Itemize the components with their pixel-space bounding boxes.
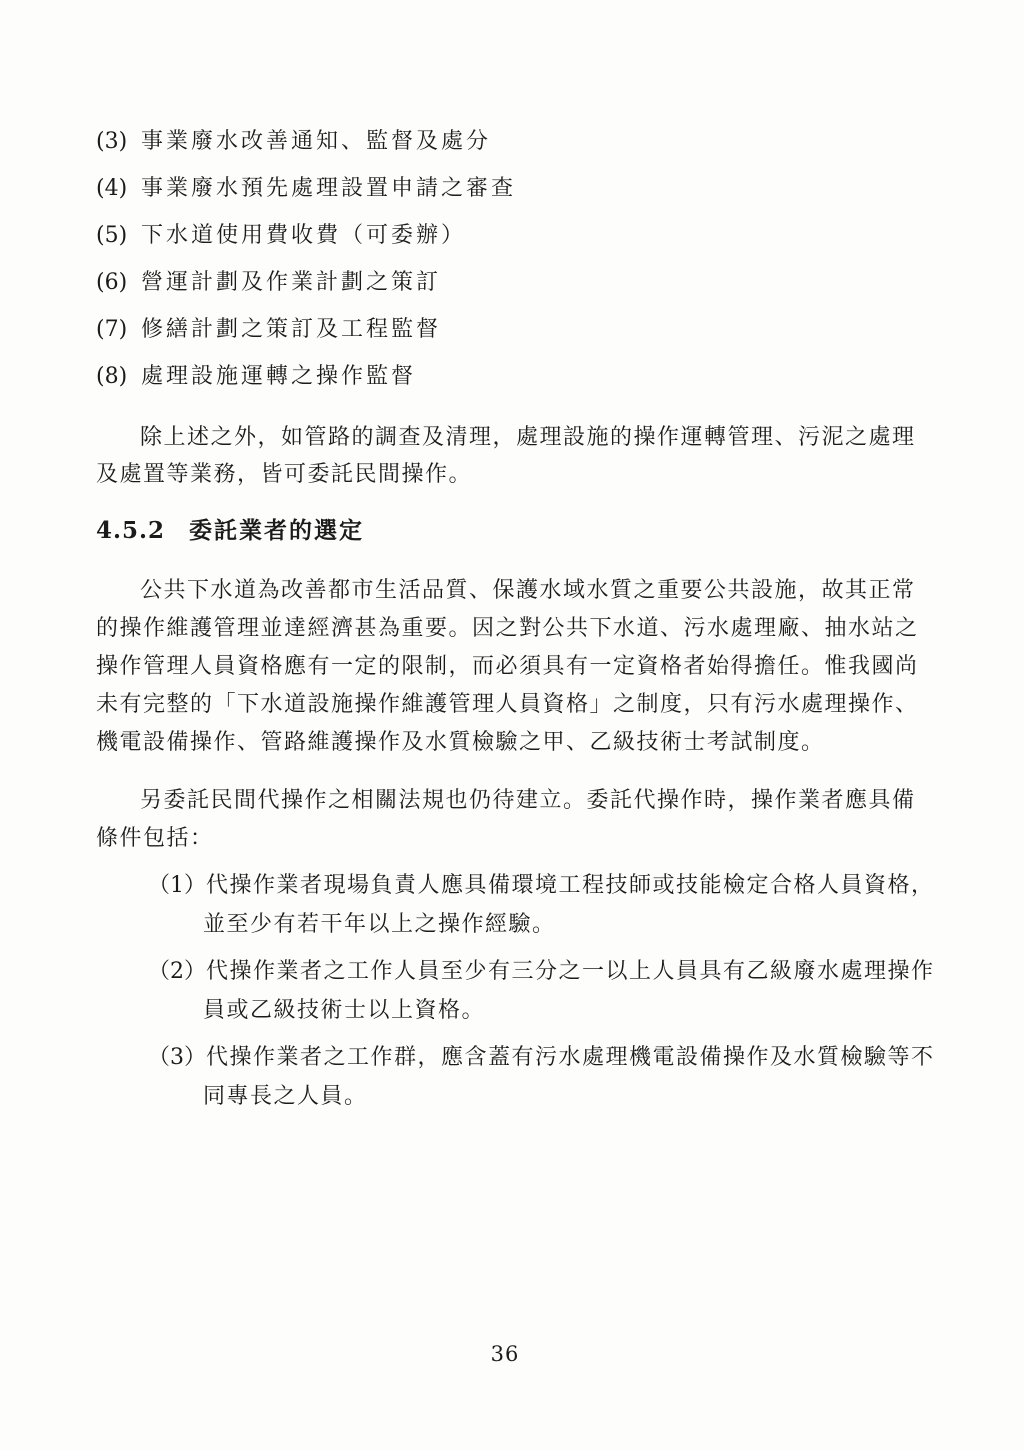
- conditions-list: （1） 代操作業者現場負責人應具備環境工程技師或技能檢定合格人員資格， 並至少有…: [148, 866, 948, 1124]
- list-item-text: 修繕計劃之策訂及工程監督: [141, 317, 441, 343]
- condition-continuation-line: 同專長之人員。: [148, 1077, 948, 1116]
- paragraph-line: 條件包括：: [96, 820, 938, 858]
- list-item-text: 營運計劃及作業計劃之策訂: [141, 270, 441, 296]
- list-item-number: (7): [96, 317, 141, 343]
- condition-continuation-line: 並至少有若干年以上之操作經驗。: [148, 905, 948, 944]
- section-title: 委託業者的選定: [189, 517, 364, 544]
- paragraph-regulation-pending: 另委託民間代操作之相關法規也仍待建立。委託代操作時，操作業者應具備 條件包括：: [96, 782, 938, 858]
- condition-first-line: （1） 代操作業者現場負責人應具備環境工程技師或技能檢定合格人員資格，: [148, 866, 948, 905]
- paragraph-delegation-note: 除上述之外，如管路的調查及清理，處理設施的操作運轉管理、污泥之處理 及處置等業務…: [96, 419, 938, 493]
- section-number: 4.5.2: [96, 517, 165, 544]
- paragraph-line: 操作管理人員資格應有一定的限制，而必須具有一定資格者始得擔任。惟我國尚: [96, 648, 938, 686]
- list-item: (7) 修繕計劃之策訂及工程監督: [96, 317, 516, 343]
- list-item-text: 事業廢水預先處理設置申請之審查: [141, 176, 516, 202]
- list-item: (4) 事業廢水預先處理設置申請之審查: [96, 176, 516, 202]
- paragraph-line: 的操作維護管理並達經濟甚為重要。因之對公共下水道、污水處理廠、抽水站之: [96, 610, 938, 648]
- list-item: (3) 事業廢水改善通知、監督及處分: [96, 129, 516, 155]
- condition-text: 代操作業者現場負責人應具備環境工程技師或技能檢定合格人員資格，: [206, 866, 935, 905]
- condition-text: 代操作業者之工作人員至少有三分之一以上人員具有乙級廢水處理操作: [206, 952, 935, 991]
- list-item-text: 事業廢水改善通知、監督及處分: [141, 129, 491, 155]
- condition-text: 代操作業者之工作群，應含蓋有污水處理機電設備操作及水質檢驗等不: [206, 1038, 935, 1077]
- paragraph-line: 另委託民間代操作之相關法規也仍待建立。委託代操作時，操作業者應具備: [96, 782, 938, 820]
- paragraph-operator-qualification: 公共下水道為改善都市生活品質、保護水域水質之重要公共設施，故其正常 的操作維護管…: [96, 572, 938, 762]
- list-item-number: (5): [96, 223, 141, 249]
- condition-number: （1）: [148, 866, 206, 905]
- paragraph-line: 未有完整的「下水道設施操作維護管理人員資格」之制度，只有污水處理操作、: [96, 686, 938, 724]
- condition-item: （1） 代操作業者現場負責人應具備環境工程技師或技能檢定合格人員資格， 並至少有…: [148, 866, 948, 944]
- condition-number: （2）: [148, 952, 206, 991]
- list-item-number: (4): [96, 176, 141, 202]
- condition-first-line: （2） 代操作業者之工作人員至少有三分之一以上人員具有乙級廢水處理操作: [148, 952, 948, 991]
- section-heading: 4.5.2 委託業者的選定: [96, 512, 364, 545]
- condition-first-line: （3） 代操作業者之工作群，應含蓋有污水處理機電設備操作及水質檢驗等不: [148, 1038, 948, 1077]
- paragraph-line: 除上述之外，如管路的調查及清理，處理設施的操作運轉管理、污泥之處理: [96, 419, 938, 456]
- list-item-number: (6): [96, 270, 141, 296]
- business-items-list: (3) 事業廢水改善通知、監督及處分 (4) 事業廢水預先處理設置申請之審查 (…: [96, 129, 516, 411]
- condition-item: （2） 代操作業者之工作人員至少有三分之一以上人員具有乙級廢水處理操作 員或乙級…: [148, 952, 948, 1030]
- list-item-text: 下水道使用費收費（可委辦）: [141, 223, 466, 249]
- paragraph-line: 公共下水道為改善都市生活品質、保護水域水質之重要公共設施，故其正常: [96, 572, 938, 610]
- condition-continuation-line: 員或乙級技術士以上資格。: [148, 991, 948, 1030]
- list-item-text: 處理設施運轉之操作監督: [141, 364, 416, 390]
- list-item: (5) 下水道使用費收費（可委辦）: [96, 223, 516, 249]
- list-item-number: (3): [96, 129, 141, 155]
- condition-number: （3）: [148, 1038, 206, 1077]
- list-item: (6) 營運計劃及作業計劃之策訂: [96, 270, 516, 296]
- document-page: (3) 事業廢水改善通知、監督及處分 (4) 事業廢水預先處理設置申請之審查 (…: [0, 0, 1024, 1450]
- list-item: (8) 處理設施運轉之操作監督: [96, 364, 516, 390]
- page-number: 36: [0, 1342, 1010, 1366]
- paragraph-line: 機電設備操作、管路維護操作及水質檢驗之甲、乙級技術士考試制度。: [96, 724, 938, 762]
- paragraph-line: 及處置等業務，皆可委託民間操作。: [96, 456, 938, 493]
- list-item-number: (8): [96, 364, 141, 390]
- condition-item: （3） 代操作業者之工作群，應含蓋有污水處理機電設備操作及水質檢驗等不 同專長之…: [148, 1038, 948, 1116]
